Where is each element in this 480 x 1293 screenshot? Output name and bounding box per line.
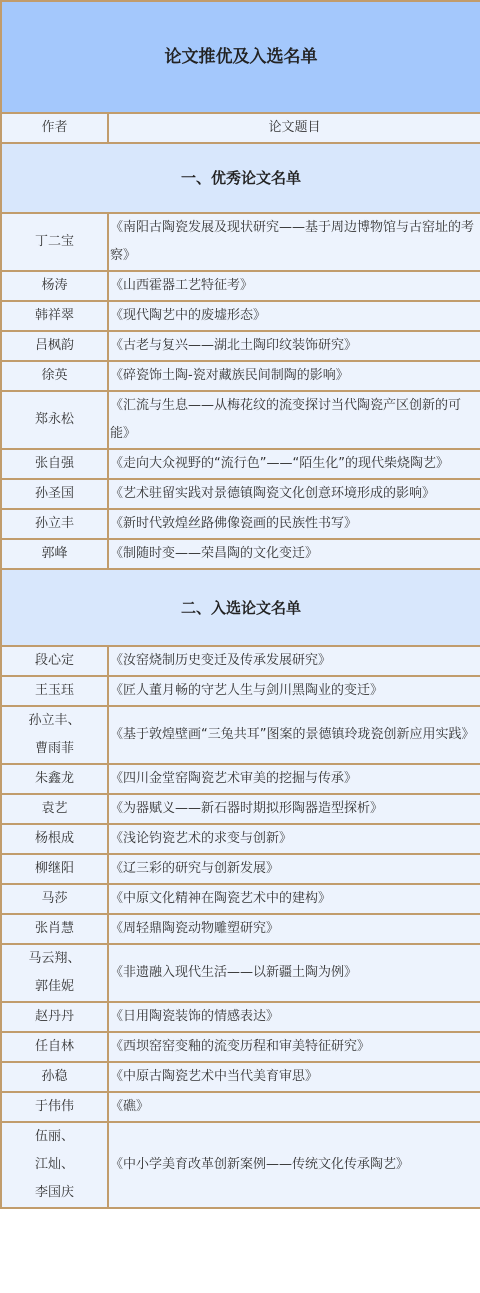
- author-cell: 柳继阳: [1, 854, 108, 884]
- author-cell: 段心定: [1, 646, 108, 676]
- author-name: 赵丹丹: [2, 1003, 107, 1031]
- paper-title-cell: 《非遗融入现代生活——以新疆土陶为例》: [108, 944, 480, 1002]
- column-header-author: 作者: [1, 113, 108, 143]
- author-name: 张肖慧: [2, 915, 107, 943]
- author-name: 徐英: [2, 362, 107, 390]
- author-cell: 马云翔、郭佳妮: [1, 944, 108, 1002]
- section-heading: 二、入选论文名单: [1, 569, 480, 646]
- author-name: 郭峰: [2, 540, 107, 568]
- author-name: 袁艺: [2, 795, 107, 823]
- author-name: 段心定: [2, 647, 107, 675]
- paper-title-cell: 《西坝窑窑变釉的流变历程和审美特征研究》: [108, 1032, 480, 1062]
- author-name: 王玉珏: [2, 677, 107, 705]
- paper-title-cell: 《汇流与生息——从梅花纹的流变探讨当代陶瓷产区创新的可能》: [108, 391, 480, 449]
- author-cell: 郭峰: [1, 539, 108, 569]
- table-row: 伍丽、江灿、李国庆《中小学美育改革创新案例——传统文化传承陶艺》: [1, 1122, 480, 1208]
- paper-title-cell: 《汝窑烧制历史变迁及传承发展研究》: [108, 646, 480, 676]
- page-title: 论文推优及入选名单: [1, 1, 480, 113]
- author-name: 韩祥翠: [2, 302, 107, 330]
- table-row: 杨涛《山西霍器工艺特征考》: [1, 271, 480, 301]
- author-name: 李国庆: [2, 1179, 107, 1207]
- author-name: 柳继阳: [2, 855, 107, 883]
- table-row: 王玉珏《匠人董月畅的守艺人生与剑川黑陶业的变迁》: [1, 676, 480, 706]
- author-name: 郑永松: [2, 406, 107, 434]
- author-cell: 王玉珏: [1, 676, 108, 706]
- paper-title-cell: 《制随时变——荣昌陶的文化变迁》: [108, 539, 480, 569]
- author-cell: 孙稳: [1, 1062, 108, 1092]
- table-row: 郑永松《汇流与生息——从梅花纹的流变探讨当代陶瓷产区创新的可能》: [1, 391, 480, 449]
- section-heading: 一、优秀论文名单: [1, 143, 480, 213]
- table-row: 郭峰《制随时变——荣昌陶的文化变迁》: [1, 539, 480, 569]
- author-cell: 张自强: [1, 449, 108, 479]
- author-cell: 孙立丰: [1, 509, 108, 539]
- author-name: 马云翔、: [2, 945, 107, 973]
- table-row: 孙立丰、曹雨菲《基于敦煌壁画“三兔共耳”图案的景德镇玲珑瓷创新应用实践》: [1, 706, 480, 764]
- table-row: 任自林《西坝窑窑变釉的流变历程和审美特征研究》: [1, 1032, 480, 1062]
- papers-table: 论文推优及入选名单 作者 论文题目 一、优秀论文名单丁二宝《南阳古陶瓷发展及现状…: [0, 0, 480, 1209]
- author-name: 孙立丰: [2, 510, 107, 538]
- table-row: 张自强《走向大众视野的“流行色”——“陌生化”的现代柴烧陶艺》: [1, 449, 480, 479]
- table-row: 于伟伟《礁》: [1, 1092, 480, 1122]
- author-name: 于伟伟: [2, 1093, 107, 1121]
- table-row: 徐英《碎瓷饰土陶-瓷对藏族民间制陶的影响》: [1, 361, 480, 391]
- author-cell: 杨根成: [1, 824, 108, 854]
- paper-title-cell: 《碎瓷饰土陶-瓷对藏族民间制陶的影响》: [108, 361, 480, 391]
- author-cell: 朱鑫龙: [1, 764, 108, 794]
- paper-title-cell: 《中小学美育改革创新案例——传统文化传承陶艺》: [108, 1122, 480, 1208]
- author-name: 张自强: [2, 450, 107, 478]
- author-cell: 袁艺: [1, 794, 108, 824]
- table-row: 张肖慧《周轻鼎陶瓷动物雕塑研究》: [1, 914, 480, 944]
- author-name: 郭佳妮: [2, 973, 107, 1001]
- author-cell: 张肖慧: [1, 914, 108, 944]
- paper-title-cell: 《中原古陶瓷艺术中当代美育审思》: [108, 1062, 480, 1092]
- table-row: 赵丹丹《日用陶瓷装饰的情感表达》: [1, 1002, 480, 1032]
- paper-title-cell: 《山西霍器工艺特征考》: [108, 271, 480, 301]
- paper-title-cell: 《基于敦煌壁画“三兔共耳”图案的景德镇玲珑瓷创新应用实践》: [108, 706, 480, 764]
- table-row: 孙稳《中原古陶瓷艺术中当代美育审思》: [1, 1062, 480, 1092]
- author-cell: 伍丽、江灿、李国庆: [1, 1122, 108, 1208]
- paper-title-cell: 《周轻鼎陶瓷动物雕塑研究》: [108, 914, 480, 944]
- table-row: 段心定《汝窑烧制历史变迁及传承发展研究》: [1, 646, 480, 676]
- table-row: 杨根成《浅论钧瓷艺术的求变与创新》: [1, 824, 480, 854]
- author-cell: 丁二宝: [1, 213, 108, 271]
- paper-title-cell: 《新时代敦煌丝路佛像瓷画的民族性书写》: [108, 509, 480, 539]
- author-cell: 徐英: [1, 361, 108, 391]
- author-cell: 赵丹丹: [1, 1002, 108, 1032]
- author-cell: 马莎: [1, 884, 108, 914]
- table-row: 马莎《中原文化精神在陶瓷艺术中的建构》: [1, 884, 480, 914]
- column-header-paper: 论文题目: [108, 113, 480, 143]
- table-row: 袁艺《为器赋义——新石器时期拟形陶器造型探析》: [1, 794, 480, 824]
- author-cell: 杨涛: [1, 271, 108, 301]
- paper-title-cell: 《南阳古陶瓷发展及现状研究——基于周边博物馆与古窑址的考察》: [108, 213, 480, 271]
- author-name: 孙圣国: [2, 480, 107, 508]
- table-row: 孙圣国《艺术驻留实践对景德镇陶瓷文化创意环境形成的影响》: [1, 479, 480, 509]
- author-name: 伍丽、: [2, 1123, 107, 1151]
- author-cell: 郑永松: [1, 391, 108, 449]
- author-cell: 孙立丰、曹雨菲: [1, 706, 108, 764]
- author-name: 杨涛: [2, 272, 107, 300]
- section-header-row: 二、入选论文名单: [1, 569, 480, 646]
- author-name: 吕枫韵: [2, 332, 107, 360]
- paper-title-cell: 《辽三彩的研究与创新发展》: [108, 854, 480, 884]
- author-cell: 吕枫韵: [1, 331, 108, 361]
- paper-title-cell: 《中原文化精神在陶瓷艺术中的建构》: [108, 884, 480, 914]
- paper-title-cell: 《四川金堂窑陶瓷艺术审美的挖掘与传承》: [108, 764, 480, 794]
- table-row: 马云翔、郭佳妮《非遗融入现代生活——以新疆土陶为例》: [1, 944, 480, 1002]
- table-row: 朱鑫龙《四川金堂窑陶瓷艺术审美的挖掘与传承》: [1, 764, 480, 794]
- paper-title-cell: 《为器赋义——新石器时期拟形陶器造型探析》: [108, 794, 480, 824]
- paper-title-cell: 《走向大众视野的“流行色”——“陌生化”的现代柴烧陶艺》: [108, 449, 480, 479]
- paper-title-cell: 《日用陶瓷装饰的情感表达》: [108, 1002, 480, 1032]
- author-cell: 于伟伟: [1, 1092, 108, 1122]
- author-name: 杨根成: [2, 825, 107, 853]
- paper-title-cell: 《浅论钧瓷艺术的求变与创新》: [108, 824, 480, 854]
- paper-title-cell: 《匠人董月畅的守艺人生与剑川黑陶业的变迁》: [108, 676, 480, 706]
- author-name: 孙立丰、: [2, 707, 107, 735]
- author-cell: 孙圣国: [1, 479, 108, 509]
- table-row: 柳继阳《辽三彩的研究与创新发展》: [1, 854, 480, 884]
- author-name: 马莎: [2, 885, 107, 913]
- author-cell: 任自林: [1, 1032, 108, 1062]
- paper-title-cell: 《艺术驻留实践对景德镇陶瓷文化创意环境形成的影响》: [108, 479, 480, 509]
- author-name: 丁二宝: [2, 228, 107, 256]
- author-name: 孙稳: [2, 1063, 107, 1091]
- paper-title-cell: 《古老与复兴——湖北土陶印纹装饰研究》: [108, 331, 480, 361]
- table-row: 韩祥翠《现代陶艺中的废墟形态》: [1, 301, 480, 331]
- title-row: 论文推优及入选名单: [1, 1, 480, 113]
- table-row: 孙立丰《新时代敦煌丝路佛像瓷画的民族性书写》: [1, 509, 480, 539]
- author-name: 曹雨菲: [2, 735, 107, 763]
- column-header-row: 作者 论文题目: [1, 113, 480, 143]
- table-row: 吕枫韵《古老与复兴——湖北土陶印纹装饰研究》: [1, 331, 480, 361]
- author-name: 朱鑫龙: [2, 765, 107, 793]
- paper-title-cell: 《礁》: [108, 1092, 480, 1122]
- author-name: 江灿、: [2, 1151, 107, 1179]
- paper-title-cell: 《现代陶艺中的废墟形态》: [108, 301, 480, 331]
- table-row: 丁二宝《南阳古陶瓷发展及现状研究——基于周边博物馆与古窑址的考察》: [1, 213, 480, 271]
- author-name: 任自林: [2, 1033, 107, 1061]
- section-header-row: 一、优秀论文名单: [1, 143, 480, 213]
- author-cell: 韩祥翠: [1, 301, 108, 331]
